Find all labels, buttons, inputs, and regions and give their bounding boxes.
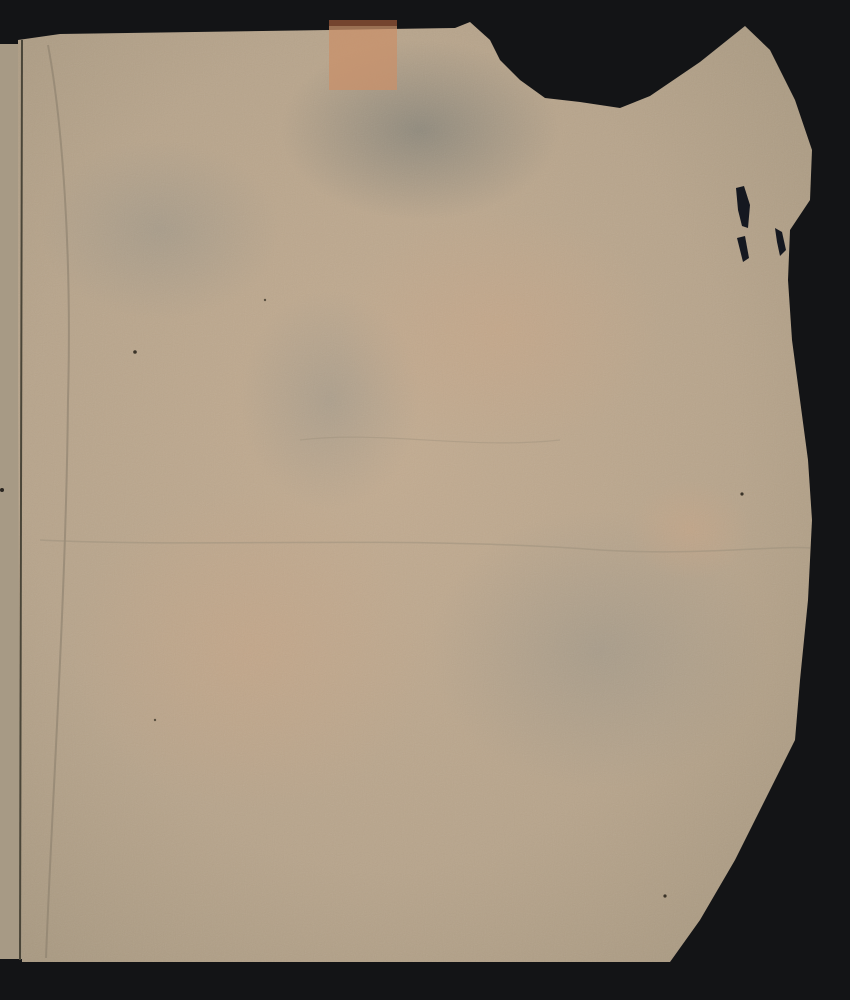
manuscript-leaf	[0, 0, 850, 1000]
orange-tab	[329, 20, 397, 90]
photo-scene	[0, 0, 850, 1000]
